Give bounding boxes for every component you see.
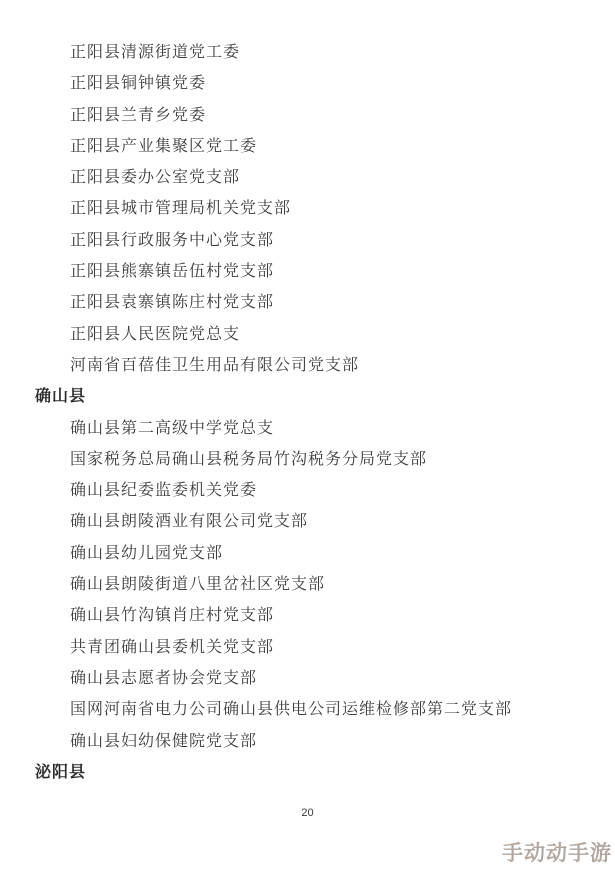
entry-item: 确山县纪委监委机关党委	[0, 475, 615, 506]
entry-item: 确山县志愿者协会党支部	[0, 663, 615, 694]
entry-item: 正阳县产业集聚区党工委	[0, 131, 615, 162]
watermark-text: 手动动手游	[502, 837, 612, 867]
entry-item: 正阳县城市管理局机关党支部	[0, 193, 615, 224]
entry-item: 确山县朗陵街道八里岔社区党支部	[0, 569, 615, 600]
document-page: 正阳县清源街道党工委正阳县铜钟镇党委正阳县兰青乡党委正阳县产业集聚区党工委正阳县…	[0, 0, 615, 874]
entry-item: 共青团确山县委机关党支部	[0, 632, 615, 663]
entry-item: 正阳县清源街道党工委	[0, 37, 615, 68]
entry-item: 正阳县熊寨镇岳伍村党支部	[0, 256, 615, 287]
entry-item: 正阳县行政服务中心党支部	[0, 225, 615, 256]
entry-item: 正阳县兰青乡党委	[0, 100, 615, 131]
entry-item: 正阳县袁寨镇陈庄村党支部	[0, 287, 615, 318]
document-content: 正阳县清源街道党工委正阳县铜钟镇党委正阳县兰青乡党委正阳县产业集聚区党工委正阳县…	[0, 0, 615, 788]
entry-item: 正阳县铜钟镇党委	[0, 68, 615, 99]
entry-item: 确山县竹沟镇肖庄村党支部	[0, 600, 615, 631]
entry-item: 正阳县人民医院党总支	[0, 319, 615, 350]
entry-item: 国网河南省电力公司确山县供电公司运维检修部第二党支部	[0, 694, 615, 725]
page-number: 20	[0, 807, 615, 819]
entry-item: 河南省百蓓佳卫生用品有限公司党支部	[0, 350, 615, 381]
section-header: 泌阳县	[0, 757, 615, 788]
entry-item: 确山县朗陵酒业有限公司党支部	[0, 506, 615, 537]
entry-item: 确山县第二高级中学党总支	[0, 413, 615, 444]
entry-item: 确山县妇幼保健院党支部	[0, 726, 615, 757]
section-header: 确山县	[0, 381, 615, 412]
entry-item: 国家税务总局确山县税务局竹沟税务分局党支部	[0, 444, 615, 475]
entry-item: 正阳县委办公室党支部	[0, 162, 615, 193]
entry-item: 确山县幼儿园党支部	[0, 538, 615, 569]
